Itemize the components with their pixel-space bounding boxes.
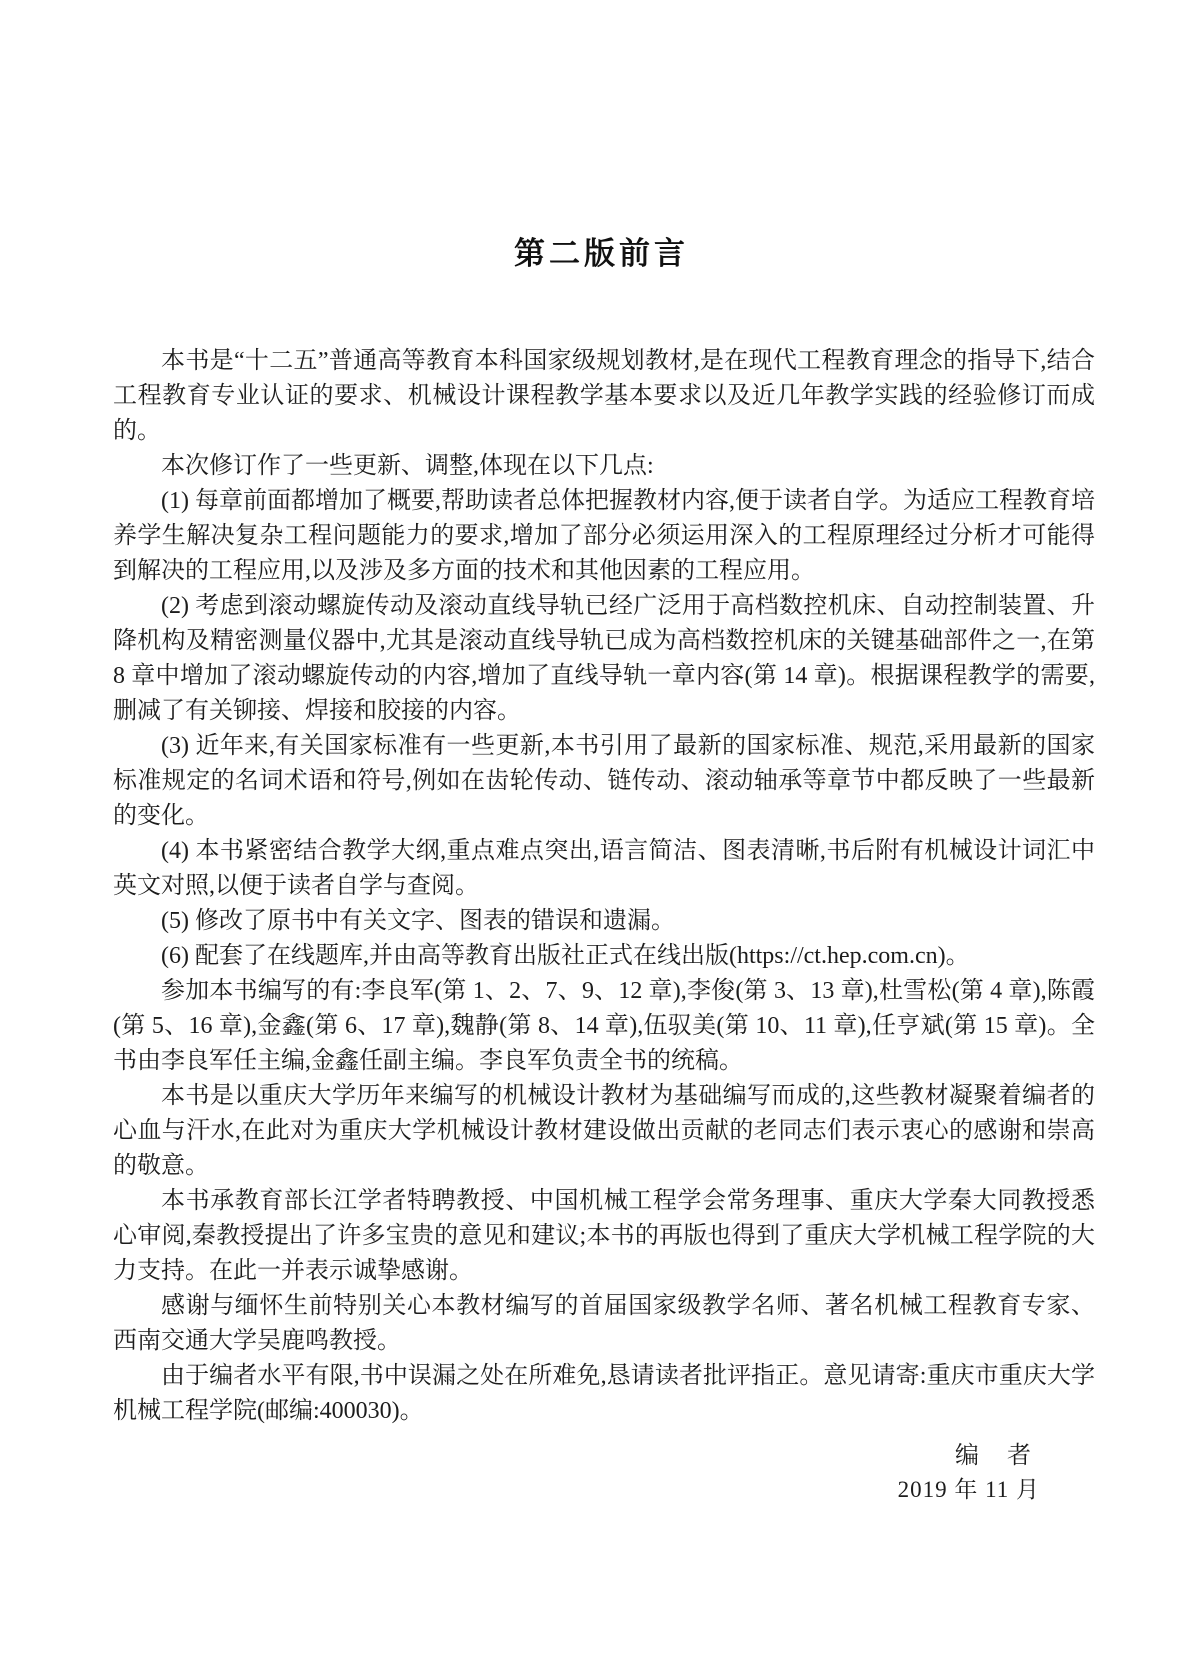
signature-block: 编 者 2019 年 11 月 [113, 1439, 1095, 1506]
paragraph: (1) 每章前面都增加了概要,帮助读者总体把握教材内容,便于读者自学。为适应工程… [113, 484, 1095, 589]
paragraph: (5) 修改了原书中有关文字、图表的错误和遗漏。 [113, 904, 1095, 939]
paragraph: 由于编者水平有限,书中误漏之处在所难免,恳请读者批评指正。意见请寄:重庆市重庆大… [113, 1359, 1095, 1429]
paragraph: 本次修订作了一些更新、调整,体现在以下几点: [113, 449, 1095, 484]
page-title: 第二版前言 [0, 236, 1203, 272]
paragraph: 参加本书编写的有:李良军(第 1、2、7、9、12 章),李俊(第 3、13 章… [113, 974, 1095, 1079]
paragraph: 本书是“十二五”普通高等教育本科国家级规划教材,是在现代工程教育理念的指导下,结… [113, 344, 1095, 449]
paragraph: 本书承教育部长江学者特聘教授、中国机械工程学会常务理事、重庆大学秦大同教授悉心审… [113, 1184, 1095, 1289]
document-body: 本书是“十二五”普通高等教育本科国家级规划教材,是在现代工程教育理念的指导下,结… [113, 344, 1095, 1429]
paragraph: (6) 配套了在线题库,并由高等教育出版社正式在线出版(https://ct.h… [113, 939, 1095, 974]
document-page: 第二版前言 本书是“十二五”普通高等教育本科国家级规划教材,是在现代工程教育理念… [0, 0, 1203, 1675]
paragraph: 感谢与缅怀生前特别关心本教材编写的首届国家级教学名师、著名机械工程教育专家、西南… [113, 1289, 1095, 1359]
author-signature: 编 者 [113, 1439, 1095, 1473]
paragraph: (3) 近年来,有关国家标准有一些更新,本书引用了最新的国家标准、规范,采用最新… [113, 729, 1095, 834]
paragraph: 本书是以重庆大学历年来编写的机械设计教材为基础编写而成的,这些教材凝聚着编者的心… [113, 1079, 1095, 1184]
publication-date: 2019 年 11 月 [113, 1473, 1095, 1506]
paragraph: (2) 考虑到滚动螺旋传动及滚动直线导轨已经广泛用于高档数控机床、自动控制装置、… [113, 589, 1095, 729]
paragraph: (4) 本书紧密结合教学大纲,重点难点突出,语言简洁、图表清晰,书后附有机械设计… [113, 834, 1095, 904]
